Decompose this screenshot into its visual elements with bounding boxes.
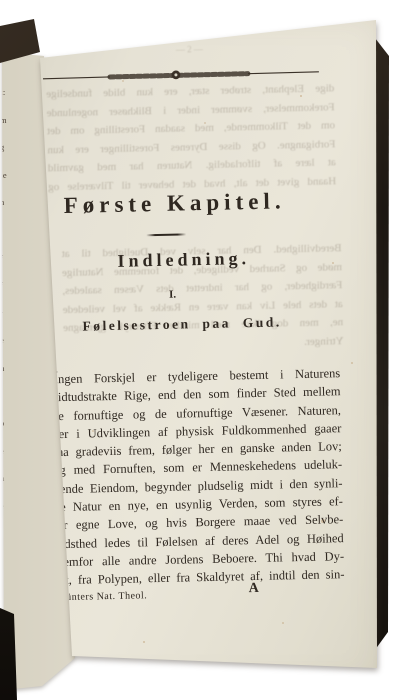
book-photo: t: m g ie n t f f r e n r b e n e s — 2 … [0,0,396,700]
body-text: Ingen Forskjel er tydeligere bestemt i N… [51,362,345,590]
section-divider-rule [146,233,186,236]
page-content: — 2 — dige Elephant, strøber stær, ere k… [0,0,396,700]
chapter-heading: Første Kapitel. [46,188,302,219]
printer-signature-line: Münters Nat. Theol. [57,590,148,603]
bleedthrough-text-top: dige Elephant, strøber stær, ere kun bli… [46,79,336,197]
book-page: — 2 — dige Elephant, strøber stær, ere k… [0,0,396,700]
bleedthrough-page-number: — 2 — [149,43,229,55]
gathering-signature-mark: A [249,581,259,597]
paper-foxing-speckles [0,0,2,2]
page-wrap: — 2 — dige Elephant, strøber stær, ere k… [0,0,396,700]
